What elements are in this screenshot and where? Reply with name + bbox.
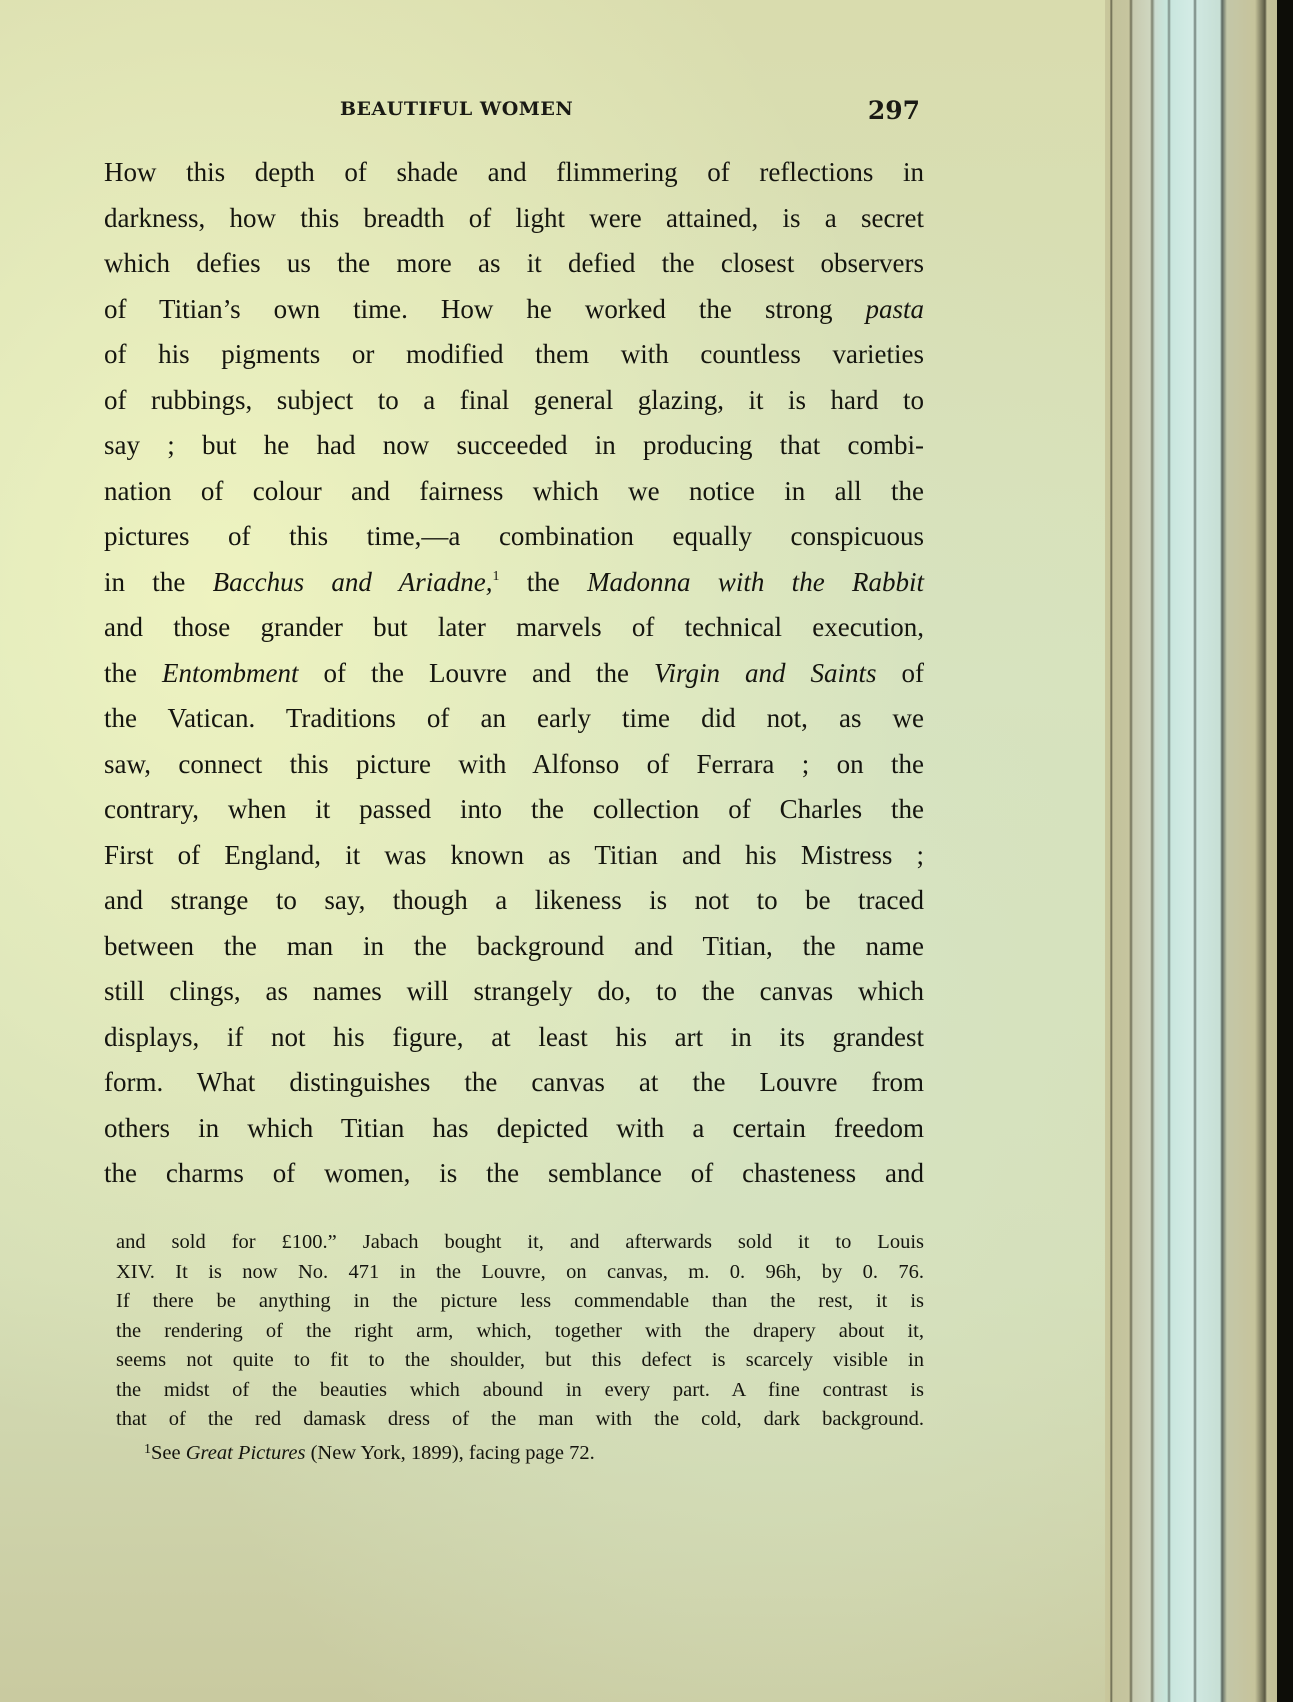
body-text: How this depth of shade and flimmering o… xyxy=(104,150,924,1197)
text-line: the Entombment of the Louvre and the Vir… xyxy=(104,651,924,697)
text-line: between the man in the background and Ti… xyxy=(104,924,924,970)
text-line: of rubbings, subject to a final general … xyxy=(104,378,924,424)
background-edge xyxy=(1277,0,1293,1702)
text-line: and strange to say, though a likeness is… xyxy=(104,878,924,924)
footnote-line: seems not quite to fit to the shoulder, … xyxy=(116,1346,924,1376)
text-line: the Vatican. Traditions of an early time… xyxy=(104,696,924,742)
footnote-1: 1See Great Pictures (New York, 1899), fa… xyxy=(116,1435,924,1465)
footnote-line: that of the red damask dress of the man … xyxy=(116,1405,924,1435)
footnotes: and sold for £100.” Jabach bought it, an… xyxy=(116,1228,924,1464)
book-page: BEAUTIFUL WOMEN 297 How this depth of sh… xyxy=(0,0,1105,1702)
footnote-mark: 1 xyxy=(144,1442,151,1457)
text-line: the charms of women, is the semblance of… xyxy=(104,1151,924,1197)
text-run: See xyxy=(151,1442,186,1464)
running-head: BEAUTIFUL WOMEN 297 xyxy=(340,96,920,126)
footnote-line: If there be anything in the picture less… xyxy=(116,1287,924,1317)
italic-term: pasta xyxy=(865,294,924,324)
text-line: First of England, it was known as Titian… xyxy=(104,833,924,879)
footnote-line: and sold for £100.” Jabach bought it, an… xyxy=(116,1228,924,1258)
text-run: of the Louvre and the xyxy=(298,658,653,688)
text-line: displays, if not his figure, at least hi… xyxy=(104,1015,924,1061)
page-edges xyxy=(1105,0,1277,1702)
text-run: the xyxy=(499,567,587,597)
text-run: of xyxy=(876,658,924,688)
text-line: still clings, as names will strangely do… xyxy=(104,969,924,1015)
text-line: pictures of this time,—a combination equ… xyxy=(104,514,924,560)
artwork-title: Entombment xyxy=(162,658,298,688)
text-run: the xyxy=(104,658,162,688)
artwork-title: Madonna with the Rabbit xyxy=(587,567,924,597)
text-line: contrary, when it passed into the collec… xyxy=(104,787,924,833)
footnote-line: the rendering of the right arm, which, t… xyxy=(116,1317,924,1347)
text-line: form. What distinguishes the canvas at t… xyxy=(104,1060,924,1106)
text-line: of his pigments or modified them with co… xyxy=(104,332,924,378)
text-run: in the xyxy=(104,567,213,597)
text-line: others in which Titian has depicted with… xyxy=(104,1106,924,1152)
text-line: in the Bacchus and Ariadne,1 the Madonna… xyxy=(104,560,924,606)
text-line: darkness, how this breadth of light were… xyxy=(104,196,924,242)
footnote-line: the midst of the beauties which abound i… xyxy=(116,1376,924,1406)
artwork-title: Bacchus and Ariadne, xyxy=(213,567,493,597)
footnote-line: XIV. It is now No. 471 in the Louvre, on… xyxy=(116,1258,924,1288)
text-line: say ; but he had now succeeded in produc… xyxy=(104,423,924,469)
text-run: (New York, 1899), facing page 72. xyxy=(305,1442,594,1464)
text-line: How this depth of shade and flimmering o… xyxy=(104,150,924,196)
text-run: of Titian’s own time. How he worked the … xyxy=(104,294,865,324)
artwork-title: Virgin and Saints xyxy=(654,658,877,688)
text-line: of Titian’s own time. How he worked the … xyxy=(104,287,924,333)
text-line: nation of colour and fairness which we n… xyxy=(104,469,924,515)
text-line: and those grander but later marvels of t… xyxy=(104,605,924,651)
text-line: which defies us the more as it defied th… xyxy=(104,241,924,287)
running-title: BEAUTIFUL WOMEN xyxy=(340,98,573,120)
text-line: saw, connect this picture with Alfonso o… xyxy=(104,742,924,788)
book-title: Great Pictures xyxy=(186,1442,306,1464)
page-number: 297 xyxy=(868,96,920,125)
